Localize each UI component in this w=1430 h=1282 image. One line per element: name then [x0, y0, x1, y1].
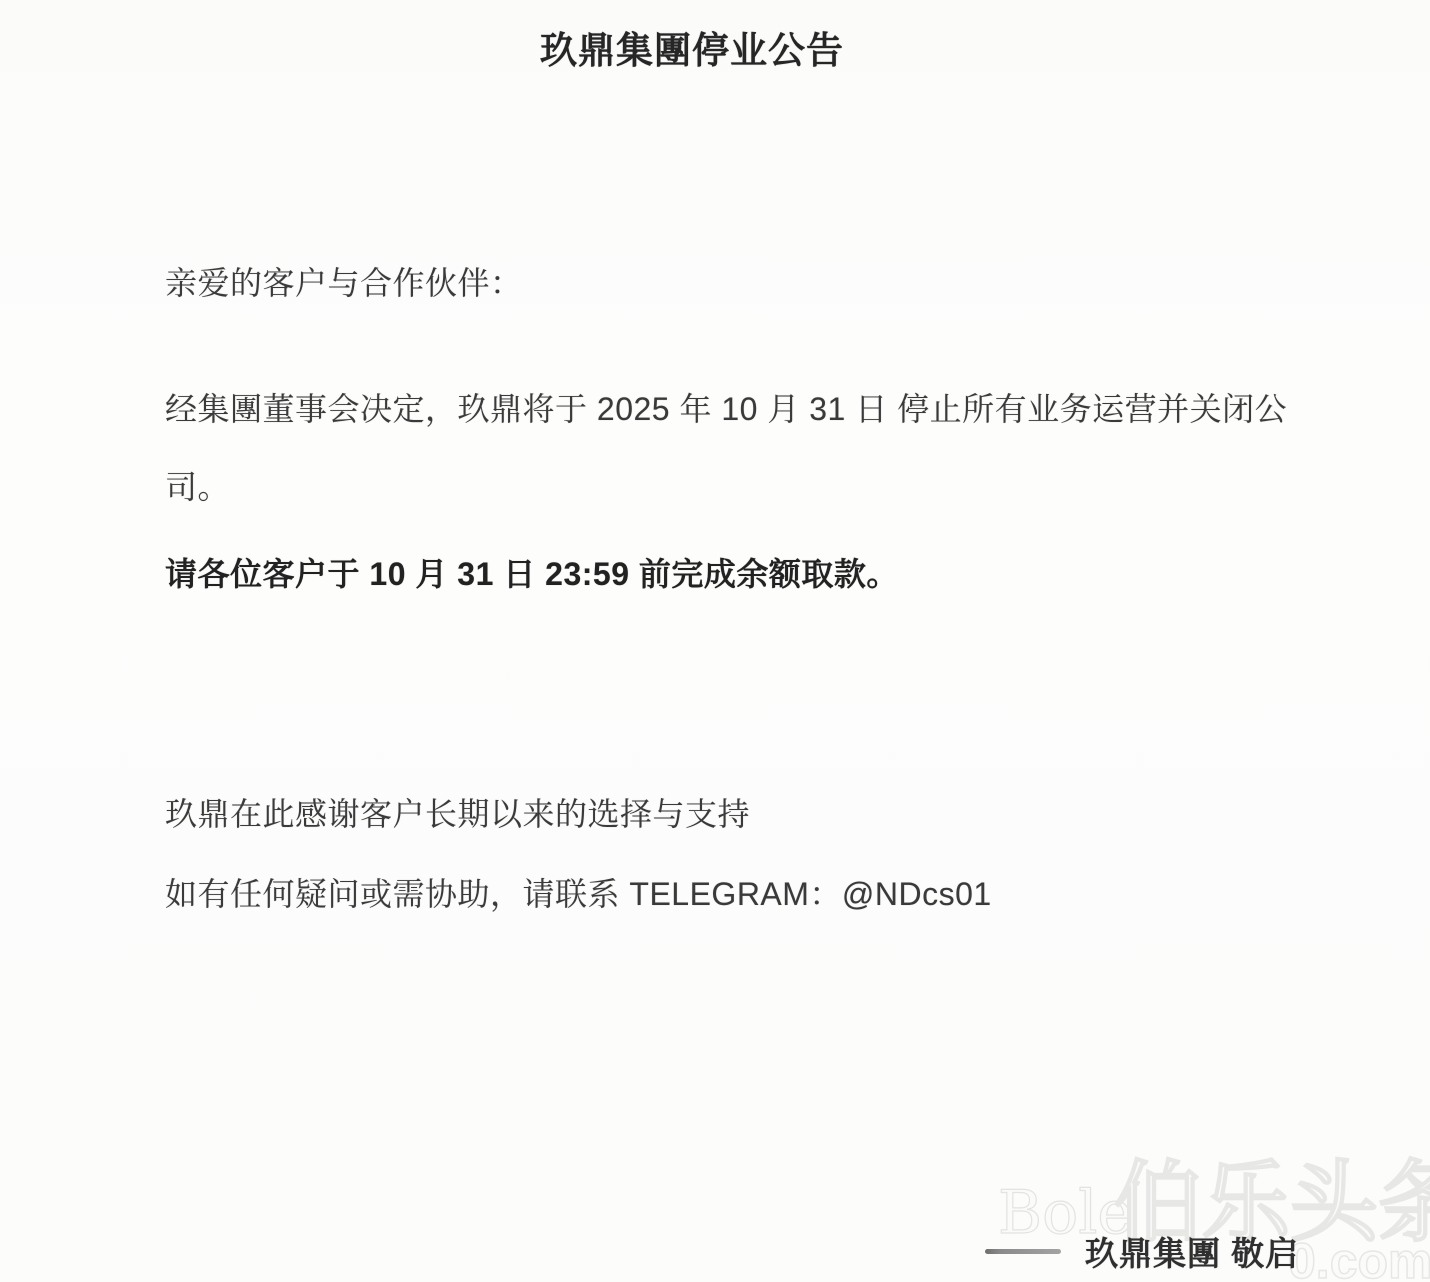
closure-notice-document: Bole 伯乐头条 0.com 玖鼎集團停业公告 亲爱的客户与合作伙伴： 经集團… — [0, 0, 1430, 1282]
signature-block: 玖鼎集團 敬启 — [985, 1228, 1299, 1275]
withdrawal-deadline-notice: 请各位客户于 10 月 31 日 23:59 前完成余额取款。 — [165, 549, 899, 595]
salutation-line: 亲爱的客户与合作伙伴： — [165, 258, 523, 304]
decision-paragraph-line-2: 司。 — [165, 462, 230, 508]
watermark-domain-text: 0.com — [1288, 1232, 1430, 1282]
document-title: 玖鼎集團停业公告 — [540, 20, 844, 74]
signature-dash-line — [985, 1249, 1061, 1254]
decision-paragraph-line-1: 经集團董事会决定，玖鼎将于 2025 年 10 月 31 日 停止所有业务运营并… — [165, 384, 1287, 430]
thanks-line: 玖鼎在此感谢客户长期以来的选择与支持 — [165, 789, 750, 835]
signature-text: 玖鼎集團 敬启 — [1085, 1228, 1299, 1275]
contact-telegram-line: 如有任何疑问或需协助，请联系 TELEGRAM：@NDcs01 — [165, 869, 992, 915]
